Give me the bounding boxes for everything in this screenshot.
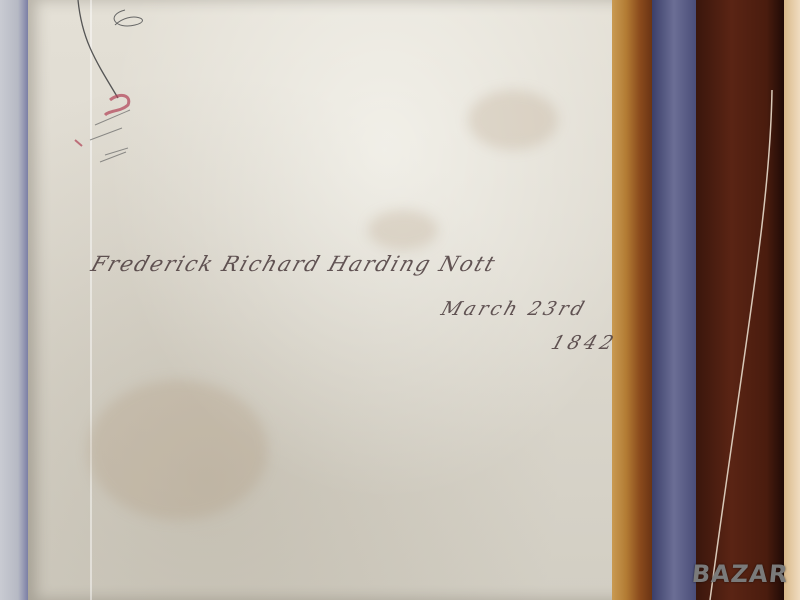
inscription-name: Frederick Richard Harding Nott: [88, 252, 500, 276]
cover-cloth: [652, 0, 696, 600]
inscription-date: March 23rd: [438, 298, 589, 320]
inscription-year: 1842: [548, 332, 620, 354]
margin-marks: [60, 0, 180, 190]
spine-tape: [612, 0, 652, 600]
paper-stain: [368, 210, 438, 250]
loose-thread: [700, 90, 790, 600]
paper-stain: [468, 90, 558, 150]
watermark-logo: BAZAR: [690, 560, 789, 588]
page-edge-right: [784, 0, 800, 600]
paper-stain: [88, 380, 268, 520]
photo-scene: Frederick Richard Harding Nott March 23r…: [0, 0, 800, 600]
